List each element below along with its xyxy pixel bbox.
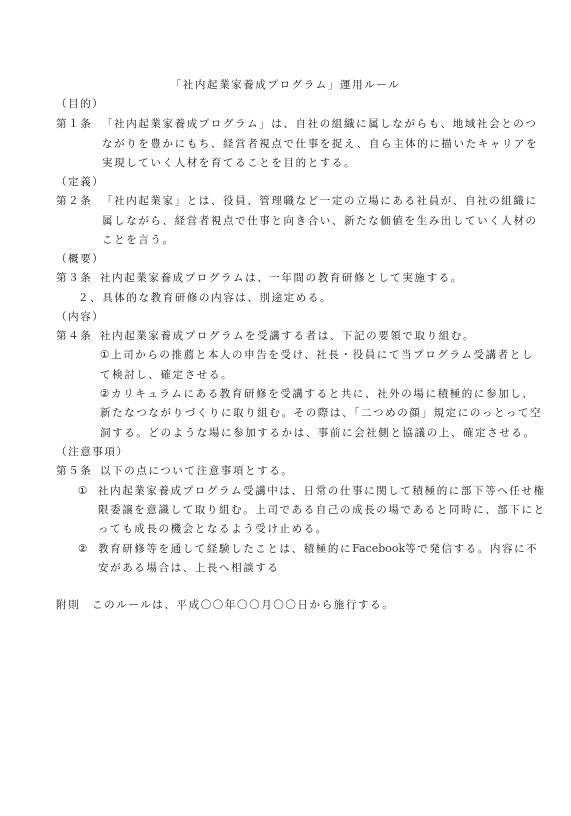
article-2-line-3: ことを言う。 — [102, 233, 175, 247]
supplementary-text: このルールは、平成〇〇年〇〇月〇〇日から施行する。 — [92, 598, 394, 612]
article-5-item-2-text-before: 教育研修等を通して経験したことは、積極的に — [98, 543, 352, 555]
article-3-line-1: 社内起業家養成プログラムは、一年間の教育研修として実施する。 — [100, 271, 463, 285]
article-5-item-1-line-2: 限委譲を意識して取り組む。上司である自己の成長の場であると同時に、部下にと — [98, 503, 546, 517]
document-page: 「社内起業家養成プログラム」運用ルール （目的） 第１条 「社内起業家養成プログ… — [0, 0, 571, 816]
article-2-line-2: 属しながら、経営者視点で仕事と向き合い、新たな価値を生み出していく人材の — [102, 214, 538, 228]
article-5-item-2-line-1: 教育研修等を通して経験したことは、積極的にFacebook等で発信する。内容に不 — [98, 542, 538, 556]
article-5-label: 第５条 — [56, 464, 92, 478]
section-heading-definition: （定義） — [56, 175, 104, 189]
article-4-item-1-line-1: ①上司からの推薦と本人の申告を受け、社長・役員にて当プログラム受講者とし — [100, 348, 534, 362]
article-4-item-1-line-2: て検討し、確定させる。 — [100, 368, 233, 382]
article-5-item-1-marker: ① — [78, 484, 89, 498]
article-3-sub-2: ２、具体的な教育研修の内容は、別途定める。 — [78, 291, 332, 305]
article-5-item-1-line-1: 社内起業家養成プログラム受講中は、日常の仕事に関して積極的に部下等へ任せ権 — [98, 484, 546, 498]
section-heading-overview: （概要） — [56, 252, 104, 266]
supplementary-label: 附則 — [56, 598, 80, 612]
article-4-item-2-line-3: 洞する。どのような場に参加するかは、事前に会社側と協議の上、確定させる。 — [100, 426, 536, 440]
article-5-line-1: 以下の点について注意事項とする。 — [100, 464, 293, 478]
article-5-item-1-line-3: っても成長の機会となるよう受け止める。 — [98, 522, 328, 536]
article-1-line-3: 実現していく人材を育てることを目的とする。 — [102, 156, 356, 170]
article-4-label: 第４条 — [56, 329, 92, 343]
article-5-item-2-marker: ② — [78, 542, 89, 556]
article-4-line-1: 社内起業家養成プログラムを受講する者は、下記の要領で取り組む。 — [100, 329, 475, 343]
article-4-item-2-line-1: ②カリキュラムにある教育研修を受講すると共に、社外の場に積極的に参加し、 — [100, 387, 534, 401]
article-2-label: 第２条 — [56, 194, 92, 208]
article-1-label: 第１条 — [56, 117, 92, 131]
section-heading-notes: （注意事項） — [56, 445, 129, 459]
section-heading-content: （内容） — [56, 310, 104, 324]
article-2-line-1: 「社内起業家」とは、役員、管理職など一定の立場にある社員が、自社の組織に — [102, 194, 538, 208]
section-heading-purpose: （目的） — [56, 97, 104, 111]
document-title: 「社内起業家養成プログラム」運用ルール — [0, 78, 571, 92]
facebook-brand-text: Facebook — [352, 542, 405, 555]
article-5-item-2-text-after: 等で発信する。内容に不 — [405, 543, 538, 555]
article-1-line-1: 「社内起業家養成プログラム」は、自社の組織に属しながらも、地域社会とのつ — [102, 117, 538, 131]
article-1-line-2: ながりを豊かにもち、経営者視点で仕事を捉え、自ら主体的に描いたキャリアを — [102, 137, 538, 151]
article-5-item-2-line-2: 安がある場合は、上長へ相談する — [98, 561, 280, 575]
article-4-item-2-line-2: 新たなつながりづくりに取り組む。その際は、「二つめの顔」規定にのっとって空 — [100, 406, 542, 420]
article-3-label: 第３条 — [56, 271, 92, 285]
